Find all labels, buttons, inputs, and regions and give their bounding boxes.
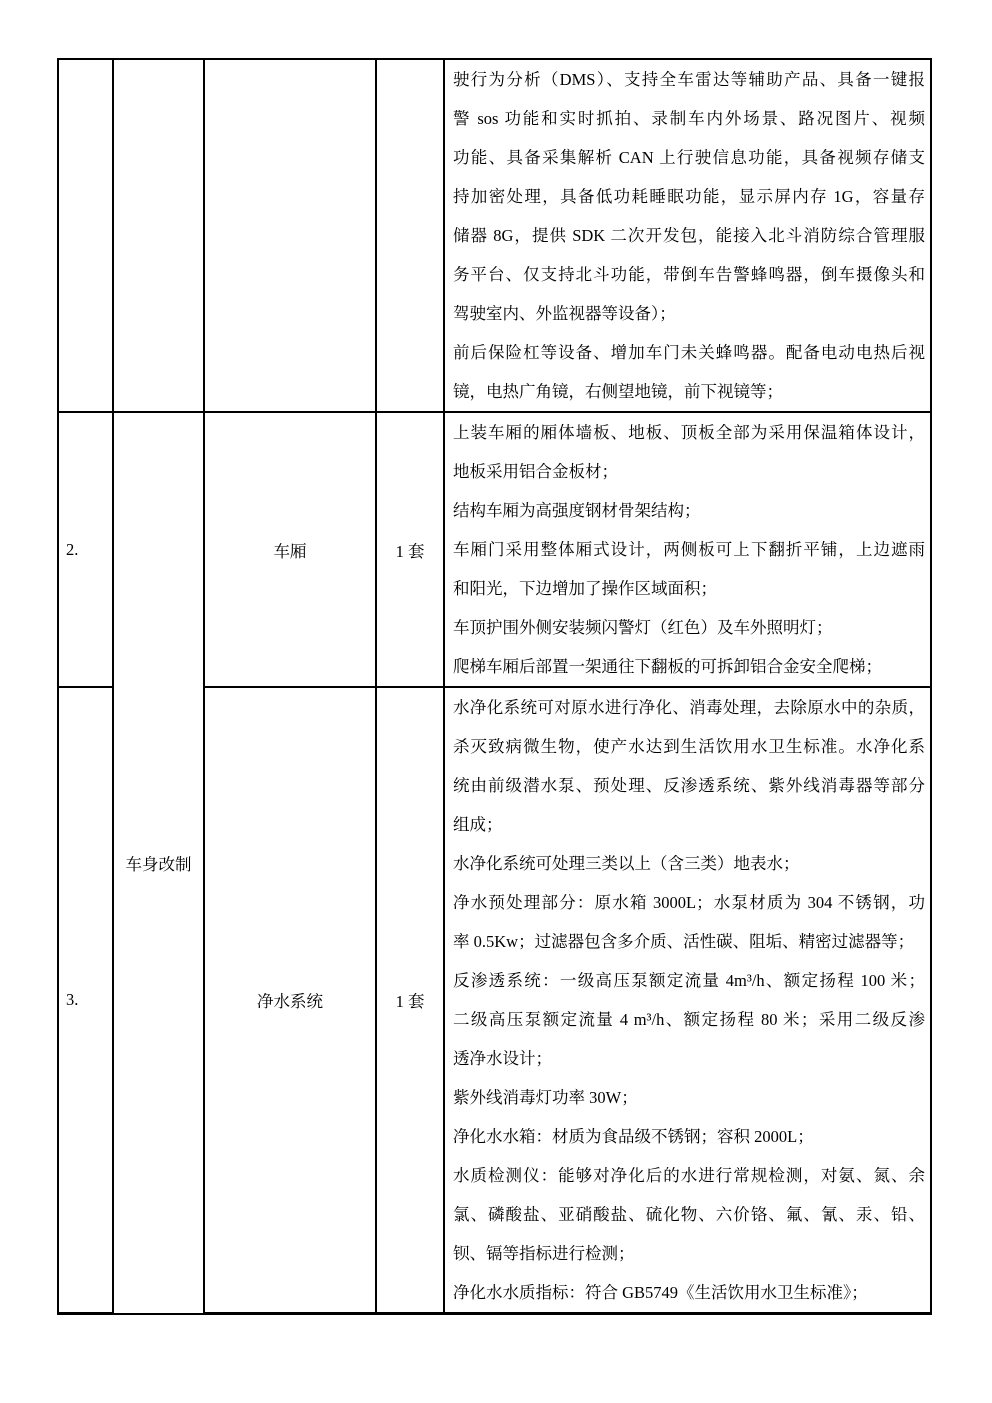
item-name-cell: 净水系统 (204, 687, 376, 1314)
item-name-cell: 车厢 (204, 412, 376, 687)
desc-line: 净化水水质指标：符合 GB5749《生活饮用水卫生标准》； (453, 1273, 925, 1312)
description-paragraph: 车厢门采用整体厢式设计，两侧板可上下翻折平铺，上边遮雨和阳光，下边增加了操作区域… (453, 530, 925, 608)
description-paragraph: 水净化系统可对原水进行净化、消毒处理，去除原水中的杂质，杀灭致病微生物，使产水达… (453, 688, 925, 844)
spec-table: 驶行为分析（DMS）、支持全车雷达等辅助产品、具备一键报警 sos 功能和实时抓… (57, 58, 932, 1315)
desc-line: 储器 8G，提供 SDK 二次开发包，能接入北斗消防综合管理服 (453, 216, 925, 255)
description-paragraph: 车顶护围外侧安装频闪警灯（红色）及车外照明灯； (453, 608, 925, 647)
desc-line: 功能、具备采集解析 CAN 上行驶信息功能，具备视频存储支 (453, 138, 925, 177)
description-paragraph: 水质检测仪：能够对净化后的水进行常规检测，对氨、氮、余氯、磷酸盐、亚硝酸盐、硫化… (453, 1156, 925, 1273)
desc-line: 车顶护围外侧安装频闪警灯（红色）及车外照明灯； (453, 608, 925, 647)
desc-line: 二级高压泵额定流量 4 m³/h、额定扬程 80 米；采用二级反渗 (453, 1000, 925, 1039)
desc-line: 爬梯车厢后部置一架通往下翻板的可拆卸铝合金安全爬梯； (453, 647, 925, 686)
description-cell: 水净化系统可对原水进行净化、消毒处理，去除原水中的杂质，杀灭致病微生物，使产水达… (444, 687, 931, 1314)
description-paragraph: 净化水水箱：材质为食品级不锈钢；容积 2000L； (453, 1117, 925, 1156)
desc-line: 和阳光，下边增加了操作区域面积； (453, 569, 925, 608)
description-paragraph: 驶行为分析（DMS）、支持全车雷达等辅助产品、具备一键报警 sos 功能和实时抓… (453, 60, 925, 333)
desc-line: 车厢门采用整体厢式设计，两侧板可上下翻折平铺，上边遮雨 (453, 530, 925, 569)
description-paragraph: 紫外线消毒灯功率 30W； (453, 1078, 925, 1117)
desc-line: 钡、镉等指标进行检测； (453, 1234, 925, 1273)
document-page: 驶行为分析（DMS）、支持全车雷达等辅助产品、具备一键报警 sos 功能和实时抓… (0, 0, 992, 1403)
desc-line: 警 sos 功能和实时抓拍、录制车内外场景、路况图片、视频 (453, 99, 925, 138)
desc-line: 组成； (453, 805, 925, 844)
desc-line: 紫外线消毒灯功率 30W； (453, 1078, 925, 1117)
desc-line: 净化水水箱：材质为食品级不锈钢；容积 2000L； (453, 1117, 925, 1156)
description-paragraph: 结构车厢为高强度钢材骨架结构； (453, 491, 925, 530)
desc-line: 务平台、仅支持北斗功能，带倒车告警蜂鸣器，倒车摄像头和 (453, 255, 925, 294)
row-number-cell: 3. (58, 687, 113, 1314)
desc-line: 水净化系统可处理三类以上（含三类）地表水； (453, 844, 925, 883)
category-cell (113, 59, 204, 412)
category-cell-merged: 车身改制 (113, 412, 204, 1314)
quantity-cell: 1 套 (376, 412, 444, 687)
desc-line: 上装车厢的厢体墙板、地板、顶板全部为采用保温箱体设计， (453, 413, 925, 452)
table-row-2: 2. 车身改制 车厢 1 套 上装车厢的厢体墙板、地板、顶板全部为采用保温箱体设… (58, 412, 931, 687)
desc-line: 净水预处理部分：原水箱 3000L；水泵材质为 304 不锈钢，功 (453, 883, 925, 922)
desc-line: 氯、磷酸盐、亚硝酸盐、硫化物、六价铬、氟、氰、汞、铅、 (453, 1195, 925, 1234)
description-paragraph: 水净化系统可处理三类以上（含三类）地表水； (453, 844, 925, 883)
desc-line: 水质检测仪：能够对净化后的水进行常规检测，对氨、氮、余 (453, 1156, 925, 1195)
desc-line: 水净化系统可对原水进行净化、消毒处理，去除原水中的杂质， (453, 688, 925, 727)
quantity-cell: 1 套 (376, 687, 444, 1314)
row-number-cell: 2. (58, 412, 113, 687)
description-cell: 驶行为分析（DMS）、支持全车雷达等辅助产品、具备一键报警 sos 功能和实时抓… (444, 59, 931, 412)
desc-line: 地板采用铝合金板材； (453, 452, 925, 491)
desc-line: 驾驶室内、外监视器等设备）； (453, 294, 925, 333)
description-paragraph: 净化水水质指标：符合 GB5749《生活饮用水卫生标准》； (453, 1273, 925, 1312)
desc-line: 结构车厢为高强度钢材骨架结构； (453, 491, 925, 530)
description-paragraph: 上装车厢的厢体墙板、地板、顶板全部为采用保温箱体设计，地板采用铝合金板材； (453, 413, 925, 491)
table-row-continuation: 驶行为分析（DMS）、支持全车雷达等辅助产品、具备一键报警 sos 功能和实时抓… (58, 59, 931, 412)
description-paragraph: 净水预处理部分：原水箱 3000L；水泵材质为 304 不锈钢，功率 0.5Kw… (453, 883, 925, 961)
quantity-cell (376, 59, 444, 412)
desc-line: 透净水设计； (453, 1039, 925, 1078)
description-paragraph: 前后保险杠等设备、增加车门未关蜂鸣器。配备电动电热后视镜，电热广角镜，右侧望地镜… (453, 333, 925, 411)
item-name-cell (204, 59, 376, 412)
description-cell: 上装车厢的厢体墙板、地板、顶板全部为采用保温箱体设计，地板采用铝合金板材；结构车… (444, 412, 931, 687)
desc-line: 持加密处理，具备低功耗睡眠功能，显示屏内存 1G，容量存 (453, 177, 925, 216)
desc-line: 率 0.5Kw；过滤器包含多介质、活性碳、阻垢、精密过滤器等； (453, 922, 925, 961)
desc-line: 驶行为分析（DMS）、支持全车雷达等辅助产品、具备一键报 (453, 60, 925, 99)
desc-line: 反渗透系统：一级高压泵额定流量 4m³/h、额定扬程 100 米； (453, 961, 925, 1000)
desc-line: 前后保险杠等设备、增加车门未关蜂鸣器。配备电动电热后视 (453, 333, 925, 372)
desc-line: 镜，电热广角镜，右侧望地镜，前下视镜等； (453, 372, 925, 411)
row-number-cell (58, 59, 113, 412)
description-paragraph: 爬梯车厢后部置一架通往下翻板的可拆卸铝合金安全爬梯； (453, 647, 925, 686)
desc-line: 统由前级潜水泵、预处理、反渗透系统、紫外线消毒器等部分 (453, 766, 925, 805)
description-paragraph: 反渗透系统：一级高压泵额定流量 4m³/h、额定扬程 100 米；二级高压泵额定… (453, 961, 925, 1078)
desc-line: 杀灭致病微生物，使产水达到生活饮用水卫生标准。水净化系 (453, 727, 925, 766)
